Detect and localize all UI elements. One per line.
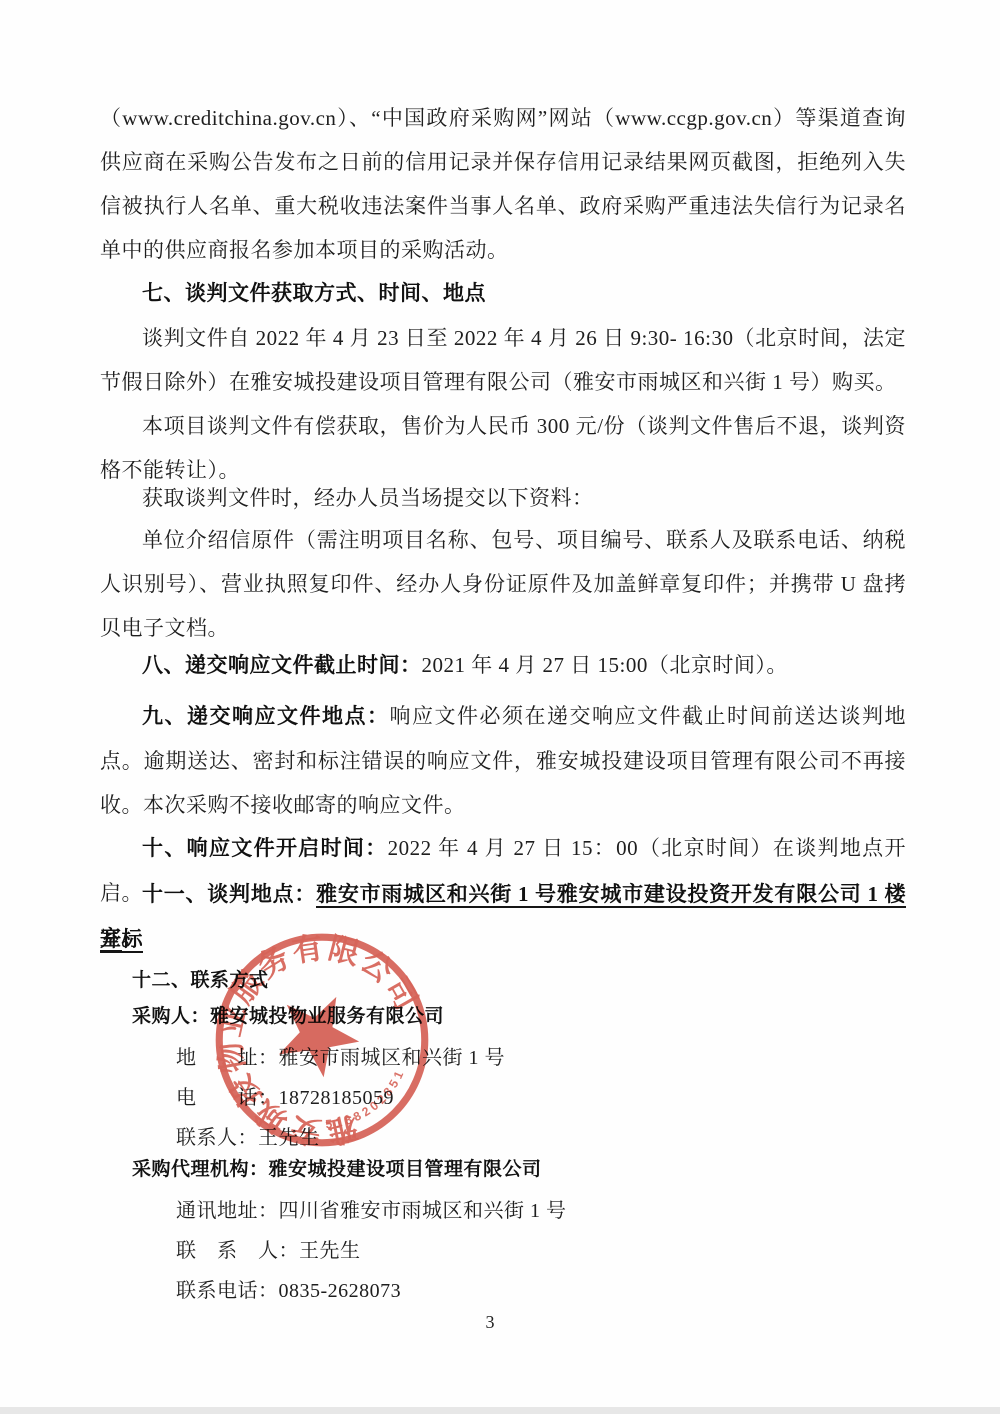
page-number: 3	[0, 1312, 980, 1333]
section7-paragraph-3: 获取谈判文件时，经办人员当场提交以下资料：	[100, 476, 906, 520]
agent-phone-value: 0835-2628073	[279, 1280, 402, 1302]
section11-line2: 室。	[100, 916, 906, 961]
buyer-contact-value: 王先生	[258, 1127, 320, 1149]
agent-address-line: 通讯地址：四川省雅安市雨城区和兴街 1 号	[176, 1196, 982, 1226]
section8-label: 八、递交响应文件截止时间：	[142, 654, 422, 677]
section12-heading: 十二、联系方式	[132, 966, 938, 996]
section7-paragraph-4: 单位介绍信原件（需注明项目名称、包号、项目编号、联系人及联系电话、纳税人识别号）…	[100, 518, 906, 650]
agent-line: 采购代理机构：雅安城投建设项目管理有限公司	[132, 1155, 938, 1185]
buyer-phone-value: 18728185059	[279, 1087, 395, 1109]
agent-contact-label: 联 系 人：	[176, 1240, 299, 1262]
intro-text: （www.creditchina.gov.cn）、“中国政府采购网”网站（www…	[100, 106, 906, 262]
section10-label: 十、响应文件开启时间：	[142, 837, 388, 860]
buyer-address-label: 地 址：	[176, 1047, 279, 1069]
buyer-contact-label: 联系人：	[176, 1127, 258, 1149]
buyer-address-line: 地 址：雅安市雨城区和兴街 1 号	[176, 1043, 982, 1073]
section9-label: 九、递交响应文件地点：	[142, 705, 390, 728]
agent-address-value: 四川省雅安市雨城区和兴街 1 号	[279, 1200, 567, 1222]
agent-phone-line: 联系电话：0835-2628073	[176, 1276, 982, 1306]
agent-contact-value: 王先生	[299, 1240, 361, 1262]
buyer-contact-line: 联系人：王先生	[176, 1123, 982, 1153]
section11-period: 。	[122, 927, 144, 950]
buyer-label: 采购人：	[132, 1006, 210, 1027]
section11-label: 十一、谈判地点：	[142, 883, 316, 906]
document-page: （www.creditchina.gov.cn）、“中国政府采购网”网站（www…	[0, 0, 1000, 1414]
section8-text: 2021 年 4 月 27 日 15:00（北京时间）。	[422, 653, 788, 677]
agent-label: 采购代理机构：	[132, 1159, 269, 1180]
buyer-line: 采购人：雅安城投物业服务有限公司	[132, 1002, 938, 1032]
buyer-address-value: 雅安市雨城区和兴街 1 号	[279, 1047, 506, 1069]
scan-edge-artifact	[0, 1407, 1000, 1414]
agent-contact-line: 联 系 人：王先生	[176, 1236, 982, 1266]
section9-paragraph: 九、递交响应文件地点：响应文件必须在递交响应文件截止时间前送达谈判地点。逾期送达…	[100, 694, 906, 827]
intro-paragraph: （www.creditchina.gov.cn）、“中国政府采购网”网站（www…	[100, 96, 906, 272]
agent-name: 雅安城投建设项目管理有限公司	[269, 1159, 542, 1180]
agent-phone-label: 联系电话：	[176, 1280, 279, 1302]
section8-paragraph: 八、递交响应文件截止时间：2021 年 4 月 27 日 15:00（北京时间）…	[100, 643, 906, 688]
section11-address-part2: 室	[100, 926, 122, 952]
section7-heading: 七、谈判文件获取方式、时间、地点	[100, 272, 906, 316]
buyer-phone-label: 电 话：	[176, 1087, 279, 1109]
agent-address-label: 通讯地址：	[176, 1200, 279, 1222]
section7-paragraph-1: 谈判文件自 2022 年 4 月 23 日至 2022 年 4 月 26 日 9…	[100, 316, 906, 404]
buyer-phone-line: 电 话：18728185059	[176, 1083, 982, 1113]
buyer-name: 雅安城投物业服务有限公司	[210, 1006, 444, 1027]
